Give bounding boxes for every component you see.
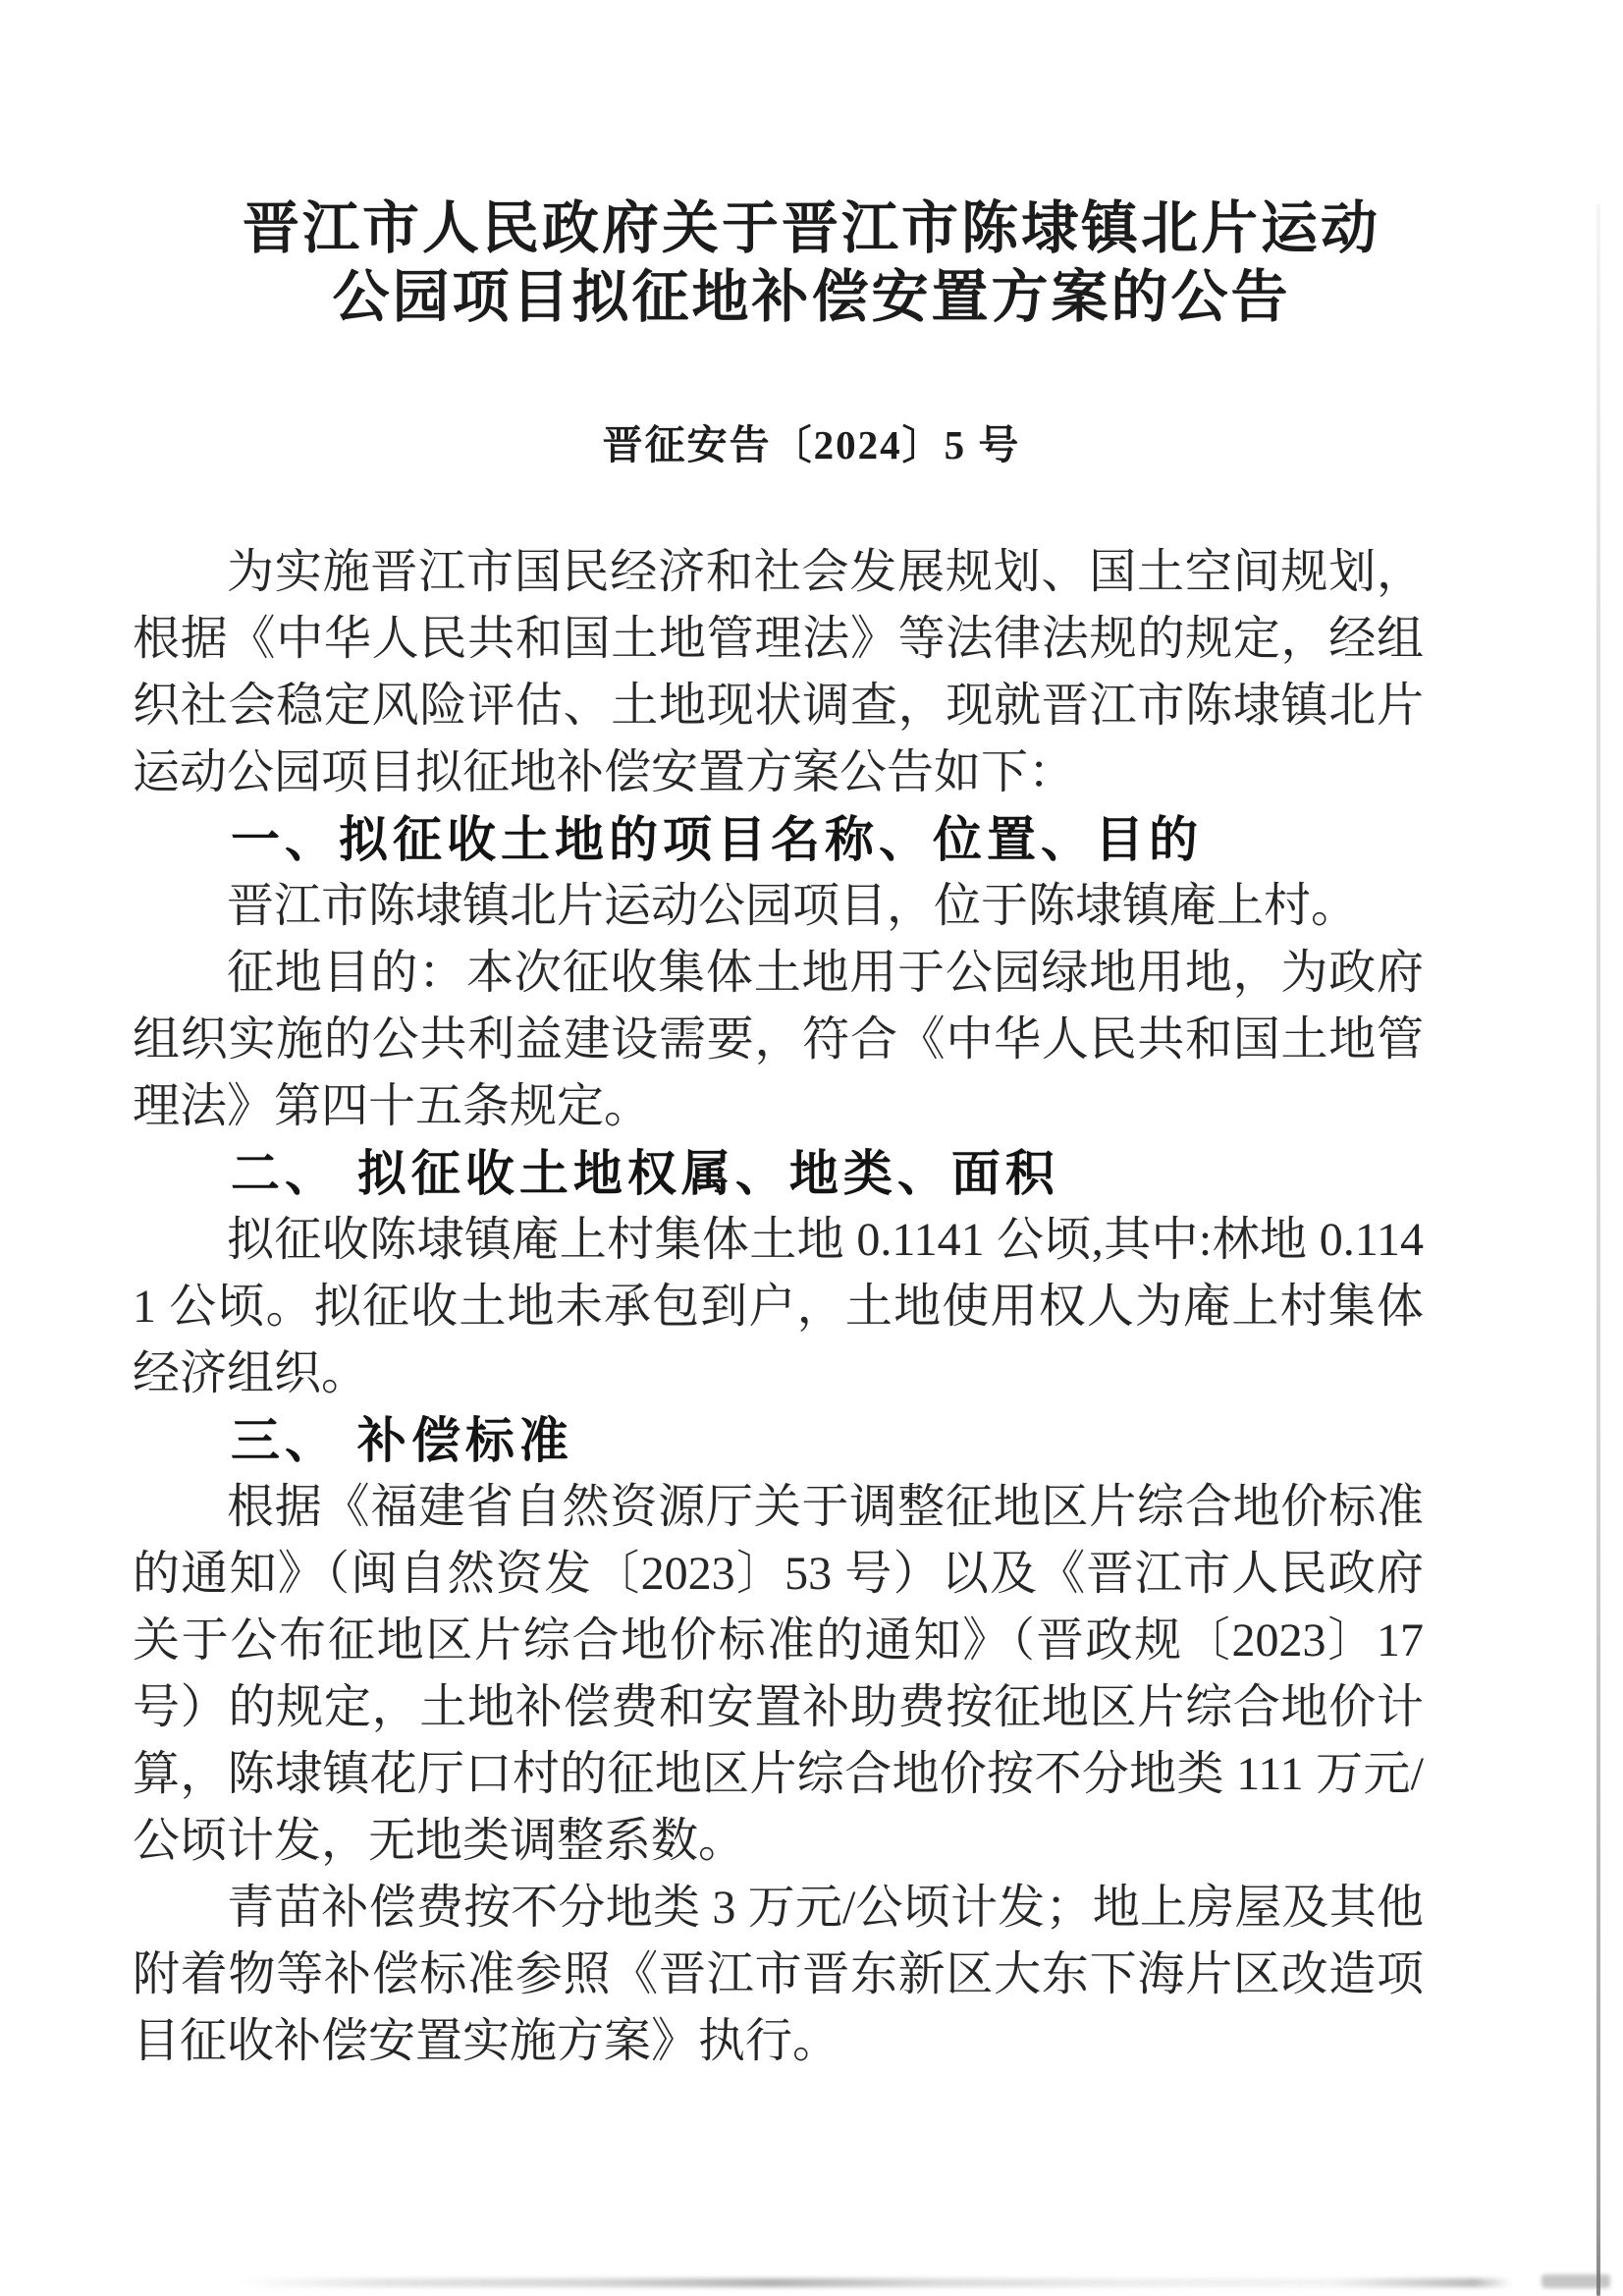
scanner-edge-line [1596, 204, 1600, 2296]
section-3-heading: 三、 补偿标准 [133, 1407, 1424, 1474]
document-title-line-1: 晋江市人民政府关于晋江市陈埭镇北片运动 [0, 194, 1623, 263]
section-2-paragraph-1: 拟征收陈埭镇庵上村集体土地 0.1141 公顷,其中:林地 0.1141 公顷。… [133, 1207, 1424, 1407]
document-title: 晋江市人民政府关于晋江市陈埭镇北片运动 公园项目拟征地补偿安置方案的公告 [0, 194, 1623, 332]
section-3-paragraph-2: 青苗补偿费按不分地类 3 万元/公顷计发；地上房屋及其他附着物等补偿标准参照《晋… [133, 1875, 1424, 2075]
section-1-heading: 一、拟征收土地的项目名称、位置、目的 [133, 806, 1424, 873]
document-number: 晋征安告〔2024〕5 号 [0, 418, 1623, 471]
section-2-heading: 二、 拟征收土地权属、地类、面积 [133, 1140, 1424, 1207]
scanner-bottom-smudge [236, 2278, 1512, 2287]
intro-paragraph: 为实施晋江市国民经济和社会发展规划、国土空间规划，根据《中华人民共和国土地管理法… [133, 539, 1424, 806]
document-title-line-2: 公园项目拟征地补偿安置方案的公告 [0, 263, 1623, 332]
document-page: 晋江市人民政府关于晋江市陈埭镇北片运动 公园项目拟征地补偿安置方案的公告 晋征安… [0, 0, 1623, 2296]
section-1-paragraph-1: 晋江市陈埭镇北片运动公园项目，位于陈埭镇庵上村。 [133, 873, 1424, 940]
section-1-paragraph-2: 征地目的：本次征收集体土地用于公园绿地用地，为政府组织实施的公共利益建设需要，符… [133, 940, 1424, 1140]
section-3-paragraph-1: 根据《福建省自然资源厅关于调整征地区片综合地价标准的通知》（闽自然资发〔2023… [133, 1474, 1424, 1875]
document-body: 为实施晋江市国民经济和社会发展规划、国土空间规划，根据《中华人民共和国土地管理法… [133, 539, 1424, 2075]
scanner-corner-smudge [1542, 2274, 1610, 2288]
